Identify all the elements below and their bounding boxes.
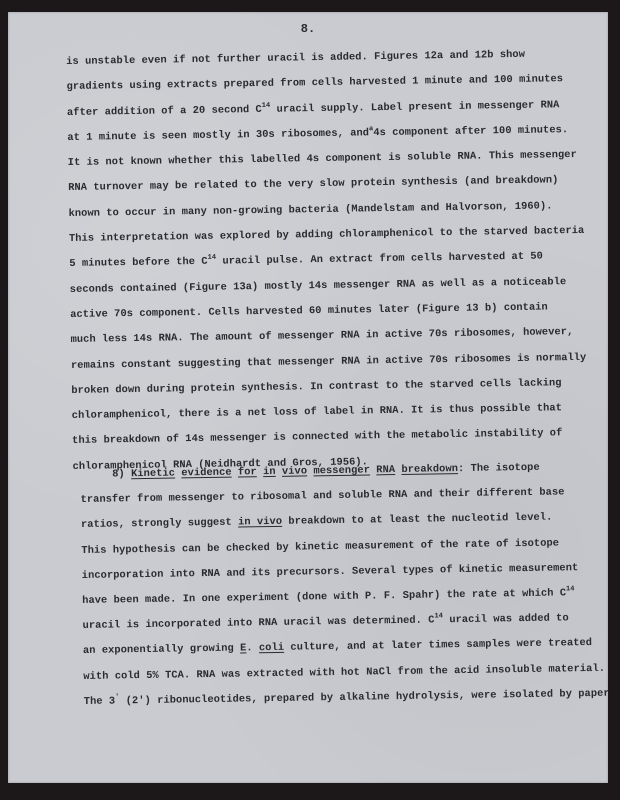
section-heading-word: breakdown	[401, 463, 458, 476]
section-heading-word: messenger	[313, 464, 370, 477]
section-heading-word: for	[238, 466, 257, 478]
section-heading-word: in	[263, 466, 276, 478]
section-heading-word: vivo	[282, 465, 307, 477]
paragraph-1: is unstable even if not further uracil i…	[66, 42, 588, 480]
section-number: 8)	[112, 468, 125, 480]
document-page: 8. is unstable even if not further uraci…	[8, 12, 608, 783]
section-heading-word: RNA	[376, 464, 395, 476]
section-heading-word: evidence	[181, 467, 231, 480]
section-heading-word: Kinetic	[131, 468, 175, 481]
page-number: 8.	[8, 22, 608, 36]
paragraph-2: 8) Kinetic evidence for in vivo messenge…	[80, 455, 610, 715]
